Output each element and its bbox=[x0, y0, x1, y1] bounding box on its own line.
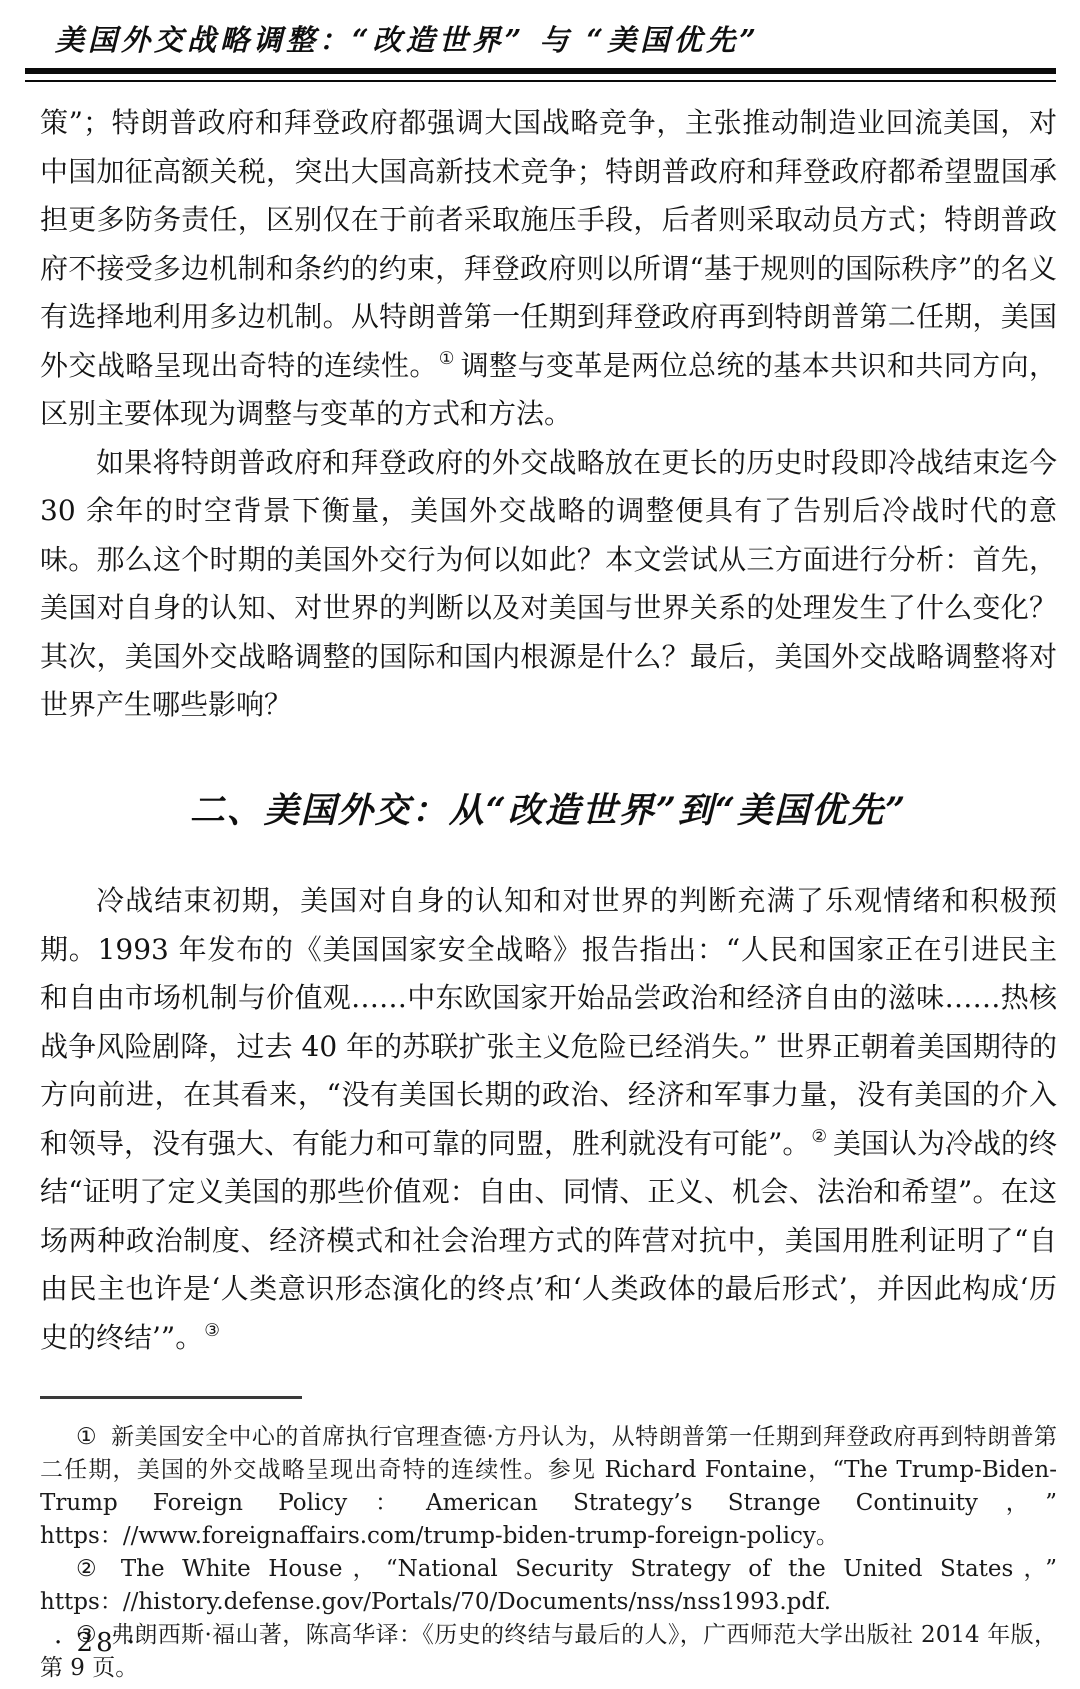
paragraph-3-text-b: 美国认为冷战的终结“证明了定义美国的那些价值观：自由、同情、正义、机会、法治和希… bbox=[40, 1127, 1057, 1354]
footnote-3: ③弗朗西斯·福山著，陈高华译：《历史的终结与最后的人》，广西师范大学出版社 20… bbox=[40, 1619, 1057, 1685]
footnote-ref-3: ③ bbox=[204, 1321, 220, 1341]
paragraph-2-text: 如果将特朗普政府和拜登政府的外交战略放在更长的历史时段即冷战结束迄今 30 余年… bbox=[40, 446, 1057, 722]
paragraph-3-text-a: 冷战结束初期，美国对自身的认知和对世界的判断充满了乐观情绪和积极预期。1993 … bbox=[40, 884, 1057, 1160]
footnote-3-text: 弗朗西斯·福山著，陈高华译：《历史的终结与最后的人》，广西师范大学出版社 201… bbox=[40, 1622, 1057, 1681]
footnotes-section: ①新美国安全中心的首席执行官理查德·方丹认为，从特朗普第一任期到拜登政府再到特朗… bbox=[40, 1396, 1057, 1685]
paragraph-2: 如果将特朗普政府和拜登政府的外交战略放在更长的历史时段即冷战结束迄今 30 余年… bbox=[40, 439, 1057, 730]
footnote-ref-1: ① bbox=[439, 349, 455, 369]
paragraph-1: 策”；特朗普政府和拜登政府都强调大国战略竞争，主张推动制造业回流美国，对中国加征… bbox=[40, 99, 1057, 439]
section-heading: 二、美国外交：从“改造世界”到“美国优先” bbox=[40, 788, 1057, 834]
footnote-2: ②The White House，“National Security Stra… bbox=[40, 1553, 1057, 1619]
article-body: 策”；特朗普政府和拜登政府都强调大国战略竞争，主张推动制造业回流美国，对中国加征… bbox=[40, 99, 1057, 1362]
footnote-ref-2: ② bbox=[811, 1127, 827, 1147]
paragraph-3: 冷战结束初期，美国对自身的认知和对世界的判断充满了乐观情绪和积极预期。1993 … bbox=[40, 877, 1057, 1362]
footnote-1-text: 新美国安全中心的首席执行官理查德·方丹认为，从特朗普第一任期到拜登政府再到特朗普… bbox=[40, 1424, 1057, 1549]
footnote-divider bbox=[40, 1396, 302, 1399]
footnote-2-text: The White House，“National Security Strat… bbox=[40, 1556, 1057, 1615]
document-page: 美国外交战略调整：“改造世界” 与 “美国优先” 策”；特朗普政府和拜登政府都强… bbox=[0, 0, 1080, 1689]
footnote-1: ①新美国安全中心的首席执行官理查德·方丹认为，从特朗普第一任期到拜登政府再到特朗… bbox=[40, 1421, 1057, 1553]
footnote-2-marker: ② bbox=[76, 1556, 107, 1582]
header-rule-thin bbox=[25, 80, 1056, 82]
paragraph-1-text-a: 策”；特朗普政府和拜登政府都强调大国战略竞争，主张推动制造业回流美国，对中国加征… bbox=[40, 106, 1057, 382]
page-number: · 28 · bbox=[54, 1628, 138, 1658]
running-head-title: 美国外交战略调整：“改造世界” 与 “美国优先” bbox=[25, 22, 1056, 60]
header-rule-thick bbox=[25, 68, 1056, 74]
footnote-1-marker: ① bbox=[76, 1424, 97, 1450]
page-header: 美国外交战略调整：“改造世界” 与 “美国优先” bbox=[25, 22, 1056, 82]
